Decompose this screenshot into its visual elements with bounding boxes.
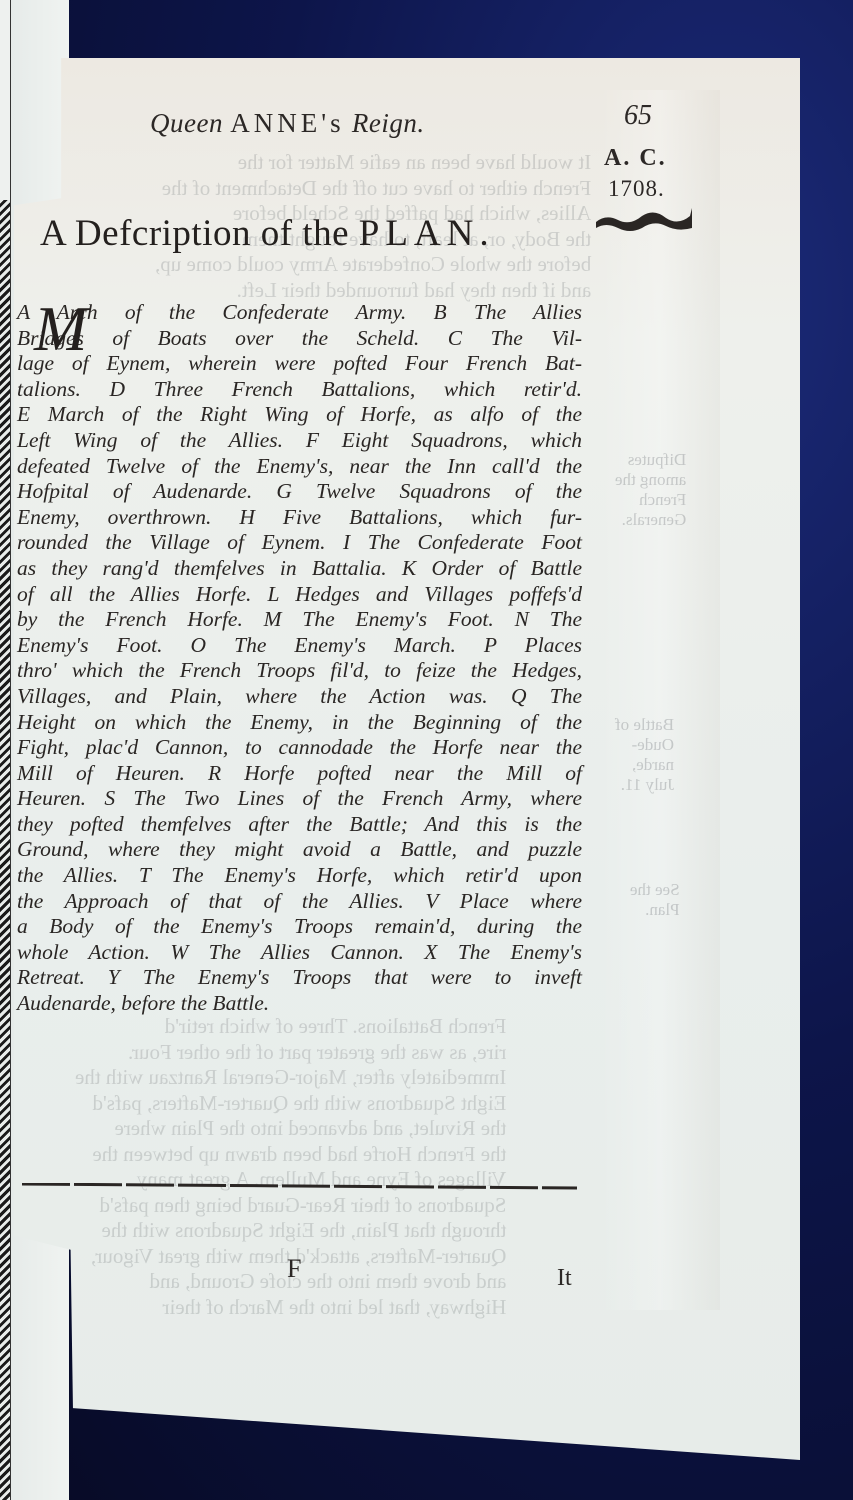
text-line: defeated Twelve of the Enemy's, near the… [17, 454, 582, 480]
text-line: a Body of the Enemy's Troops remain'd, d… [17, 914, 582, 940]
text-line: lage of Eynem, wherein were pofted Four … [17, 351, 582, 377]
text-line: the Allies. T The Enemy's Horfe, which r… [17, 863, 582, 889]
page-number: 65 [624, 100, 652, 132]
plan-legend-text: A Arch of the Confederate Army. B The Al… [17, 300, 582, 1017]
text-line: as they rang'd themfelves in Battalia. K… [17, 556, 582, 582]
page-shadow [600, 90, 720, 1310]
running-head: Queen ANNE's Reign. [150, 108, 425, 139]
text-line: Heuren. S The Two Lines of the French Ar… [17, 786, 582, 812]
text-line: talions. D Three French Battalions, whic… [17, 377, 582, 403]
text-line: Enemy's Foot. O The Enemy's March. P Pla… [17, 633, 582, 659]
text-line: Left Wing of the Allies. F Eight Squadro… [17, 428, 582, 454]
text-line: Ground, where they might avoid a Battle,… [17, 837, 582, 863]
text-line: thro' which the French Troops fil'd, to … [17, 658, 582, 684]
title-caps: PLAN. [359, 213, 495, 254]
bleed-margin-note-2: Battle of Oude- narde, July 11. [615, 715, 674, 795]
running-head-prefix: Queen [150, 108, 223, 138]
text-line: Fight, plac'd Cannon, to cannodade the H… [17, 735, 582, 761]
text-line: of all the Allies Horfe. L Hedges and Vi… [17, 582, 582, 608]
title-prefix: A Defcription of the [40, 213, 349, 254]
text-line: whole Action. W The Allies Cannon. X The… [17, 940, 582, 966]
text-line: Bridges of Boats over the Scheld. C The … [17, 326, 582, 352]
text-line: A Arch of the Confederate Army. B The Al… [17, 300, 582, 326]
signature-mark: F [287, 1254, 301, 1284]
text-line: Audenarde, before the Battle. [17, 991, 582, 1017]
text-line: they pofted themfelves after the Battle;… [17, 812, 582, 838]
text-line: Mill of Heuren. R Horfe pofted near the … [17, 761, 582, 787]
text-line: rounded the Village of Eynem. I The Conf… [17, 530, 582, 556]
ornament-flourish-icon [592, 204, 696, 232]
bleed-margin-note-1: Difputes among the French Generals. [615, 450, 686, 530]
text-line: the Approach of that of the Allies. V Pl… [17, 889, 582, 915]
running-head-name: ANNE's [230, 108, 344, 138]
text-line: Hofpital of Audenarde. G Twelve Squadron… [17, 479, 582, 505]
running-head-suffix: Reign. [352, 108, 425, 138]
bleed-margin-note-3: See the Plan. [630, 880, 680, 920]
side-note-year: 1708. [608, 176, 665, 202]
text-line: Retreat. Y The Enemy's Troops that were … [17, 965, 582, 991]
text-line: by the French Horfe. M The Enemy's Foot.… [17, 607, 582, 633]
side-note-era: A. C. [604, 145, 667, 172]
drop-cap: M [34, 304, 87, 354]
text-line: E March of the Right Wing of Horfe, as a… [17, 402, 582, 428]
horizontal-rule [22, 1183, 577, 1191]
text-line: Villages, and Plain, where the Action wa… [17, 684, 582, 710]
catchword: It [557, 1265, 572, 1292]
text-line: Enemy, overthrown. H Five Battalions, wh… [17, 505, 582, 531]
section-title: A Defcription of the PLAN. [40, 212, 495, 255]
text-line: Height on which the Enemy, in the Beginn… [17, 710, 582, 736]
